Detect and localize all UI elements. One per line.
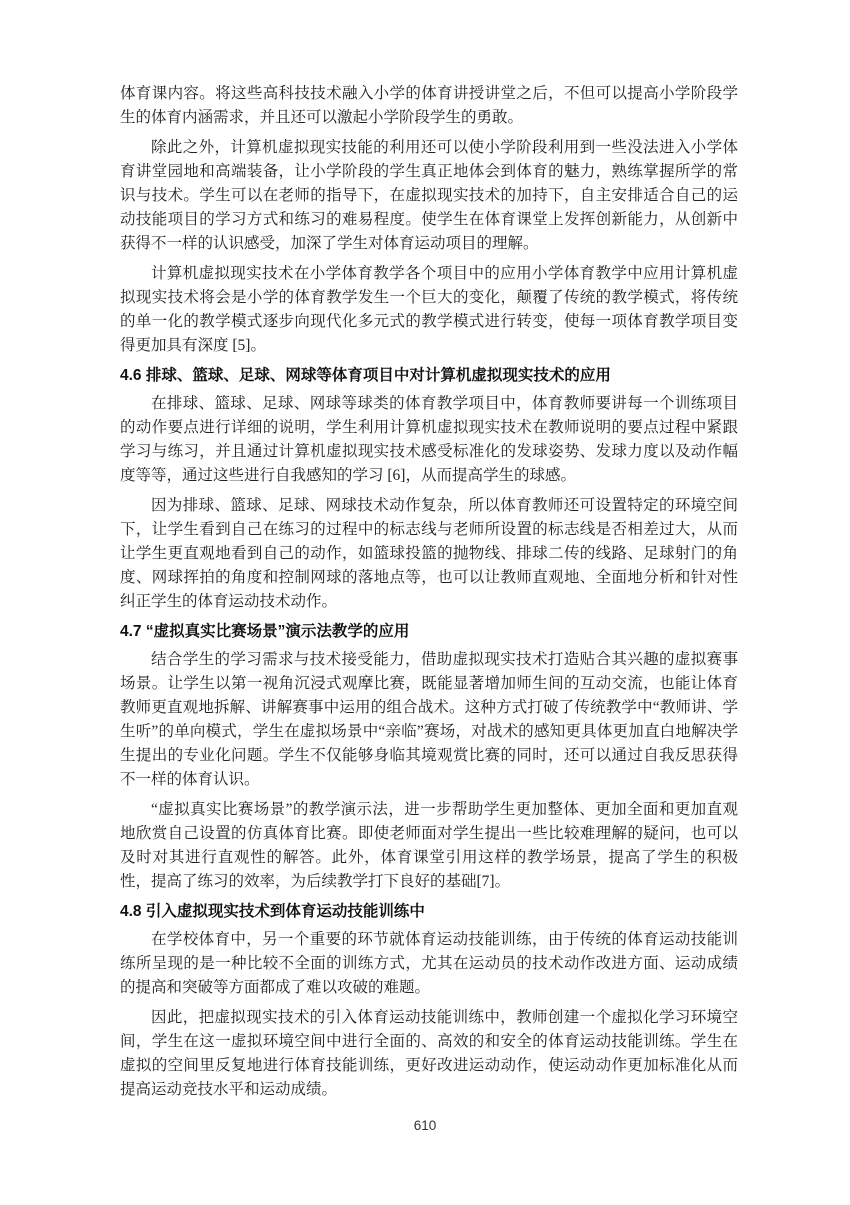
paragraph: 因此，把虚拟现实技术的引入体育运动技能训练中，教师创建一个虚拟化学习环境空间，学…	[120, 1006, 738, 1102]
page-body-text: 体育课内容。将这些高科技技术融入小学的体育讲授讲堂之后，不但可以提高小学阶段学生…	[120, 82, 738, 1108]
section-heading-4-7: 4.7 “虚拟真实比赛场景”演示法教学的应用	[120, 620, 738, 644]
paragraph: 计算机虚拟现实技术在小学体育教学各个项目中的应用小学体育教学中应用计算机虚拟现实…	[120, 262, 738, 358]
document-page: 体育课内容。将这些高科技技术融入小学的体育讲授讲堂之后，不但可以提高小学阶段学生…	[0, 0, 850, 1205]
paragraph: 在排球、篮球、足球、网球等球类的体育教学项目中，体育教师要讲每一个训练项目的动作…	[120, 392, 738, 488]
paragraph: 因为排球、篮球、足球、网球技术动作复杂，所以体育教师还可设置特定的环境空间下，让…	[120, 494, 738, 614]
paragraph: “虚拟真实比赛场景”的教学演示法，进一步帮助学生更加整体、更加全面和更加直观地欣…	[120, 798, 738, 894]
section-heading-4-6: 4.6 排球、篮球、足球、网球等体育项目中对计算机虚拟现实技术的应用	[120, 364, 738, 388]
paragraph: 体育课内容。将这些高科技技术融入小学的体育讲授讲堂之后，不但可以提高小学阶段学生…	[120, 82, 738, 130]
paragraph: 结合学生的学习需求与技术接受能力，借助虚拟现实技术打造贴合其兴趣的虚拟赛事场景。…	[120, 648, 738, 792]
paragraph: 除此之外，计算机虚拟现实技能的利用还可以使小学阶段利用到一些没法进入小学体育讲堂…	[120, 136, 738, 256]
page-number: 610	[0, 1118, 850, 1133]
paragraph: 在学校体育中，另一个重要的环节就体育运动技能训练，由于传统的体育运动技能训练所呈…	[120, 928, 738, 1000]
section-heading-4-8: 4.8 引入虚拟现实技术到体育运动技能训练中	[120, 900, 738, 924]
